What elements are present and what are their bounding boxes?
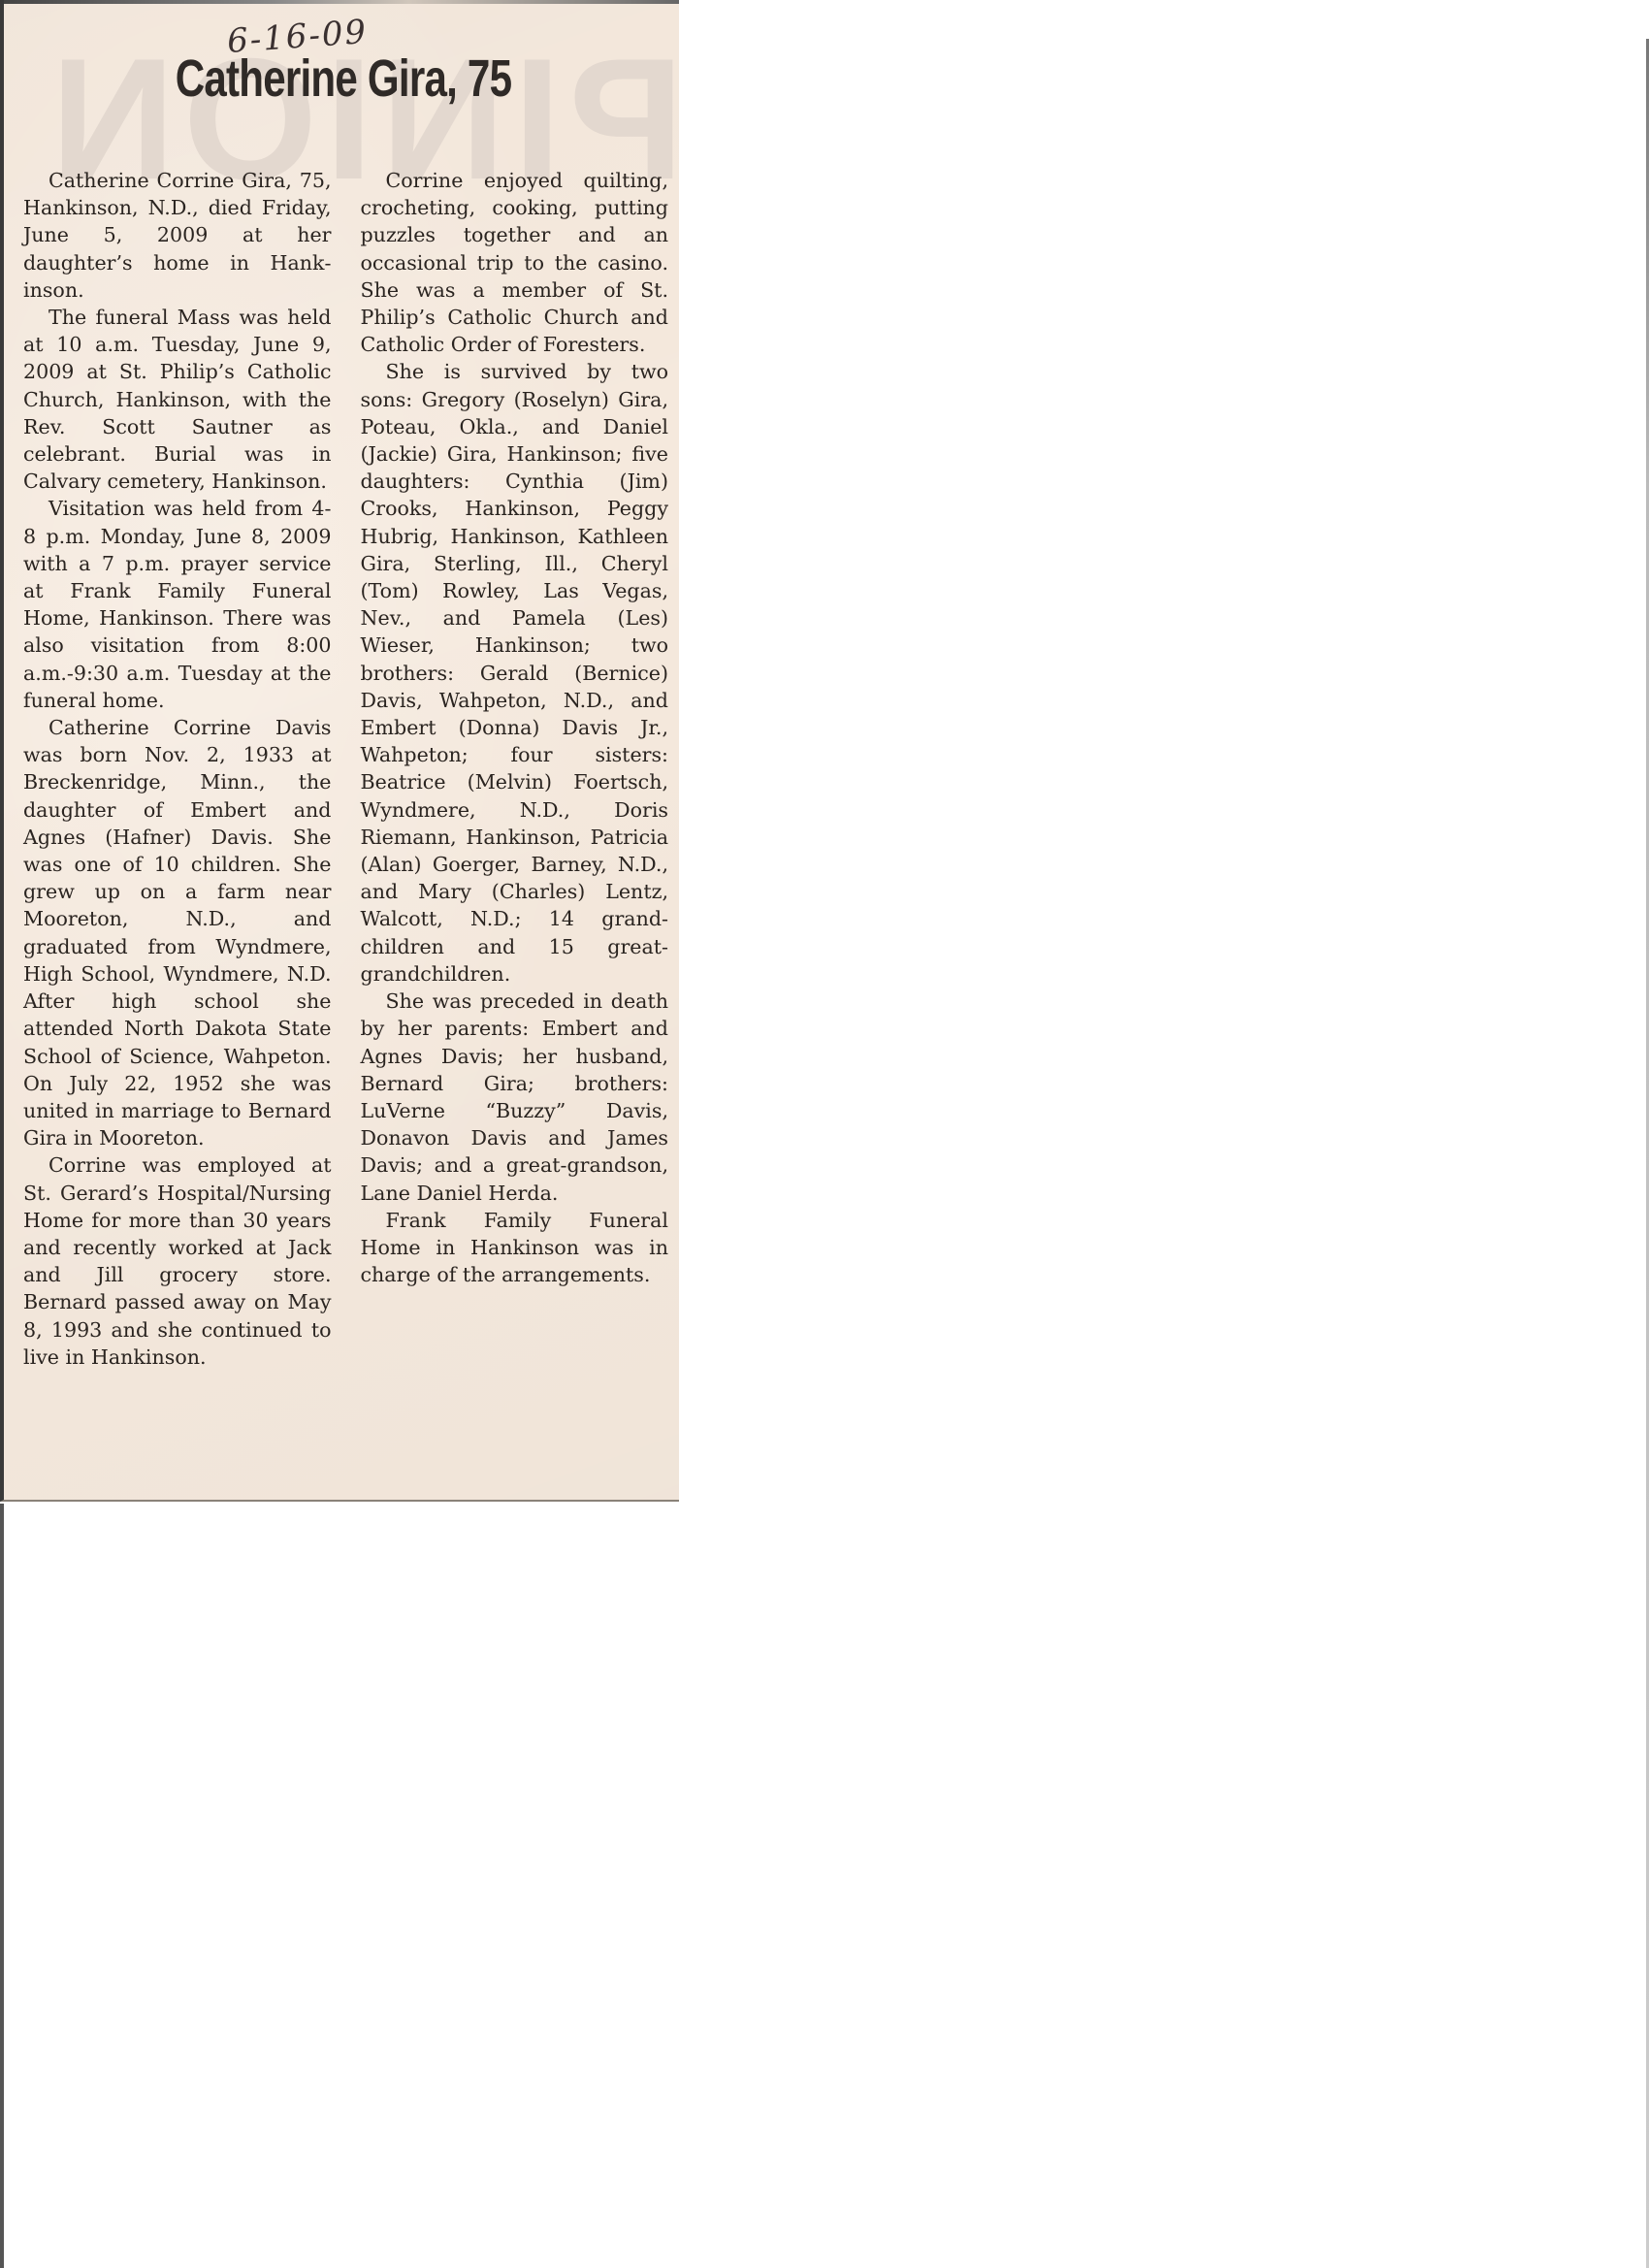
paragraph-survivors: She is survived by two sons: Gregory (Ro… bbox=[361, 358, 669, 988]
clipping-top-edge bbox=[4, 0, 679, 4]
paragraph-employment: Corrine was employed at St. Gerard’s Hos… bbox=[23, 1151, 332, 1371]
paragraph-funeral-mass: The funeral Mass was held at 10 a.m. Tue… bbox=[23, 304, 332, 495]
paragraph-preceded-in-death: She was preceded in death by her parents… bbox=[361, 988, 669, 1207]
scanner-edge-left bbox=[0, 1504, 4, 2268]
left-column: Catherine Corrine Gira, 75, Hankinson, N… bbox=[23, 167, 332, 1371]
paragraph-visitation: Visitation was held from 4-8 p.m. Monday… bbox=[23, 495, 332, 714]
obituary-headline: Catherine Gira, 75 bbox=[79, 49, 608, 109]
paragraph-biography: Catherine Corrine Davis was born Nov. 2,… bbox=[23, 714, 332, 1151]
obituary-body: Catherine Corrine Gira, 75, Hankinson, N… bbox=[23, 167, 668, 1371]
paragraph-death-notice: Catherine Corrine Gira, 75, Hankinson, N… bbox=[23, 167, 332, 304]
right-column: Corrine enjoyed quilt­ing, crocheting, c… bbox=[353, 167, 669, 1371]
paragraph-hobbies: Corrine enjoyed quilt­ing, crocheting, c… bbox=[361, 167, 669, 358]
newspaper-clipping: OPINION 6-16-09 Catherine Gira, 75 Cathe… bbox=[0, 0, 679, 1502]
paragraph-arrangements: Frank Family Funeral Home in Hankinson w… bbox=[361, 1207, 669, 1289]
